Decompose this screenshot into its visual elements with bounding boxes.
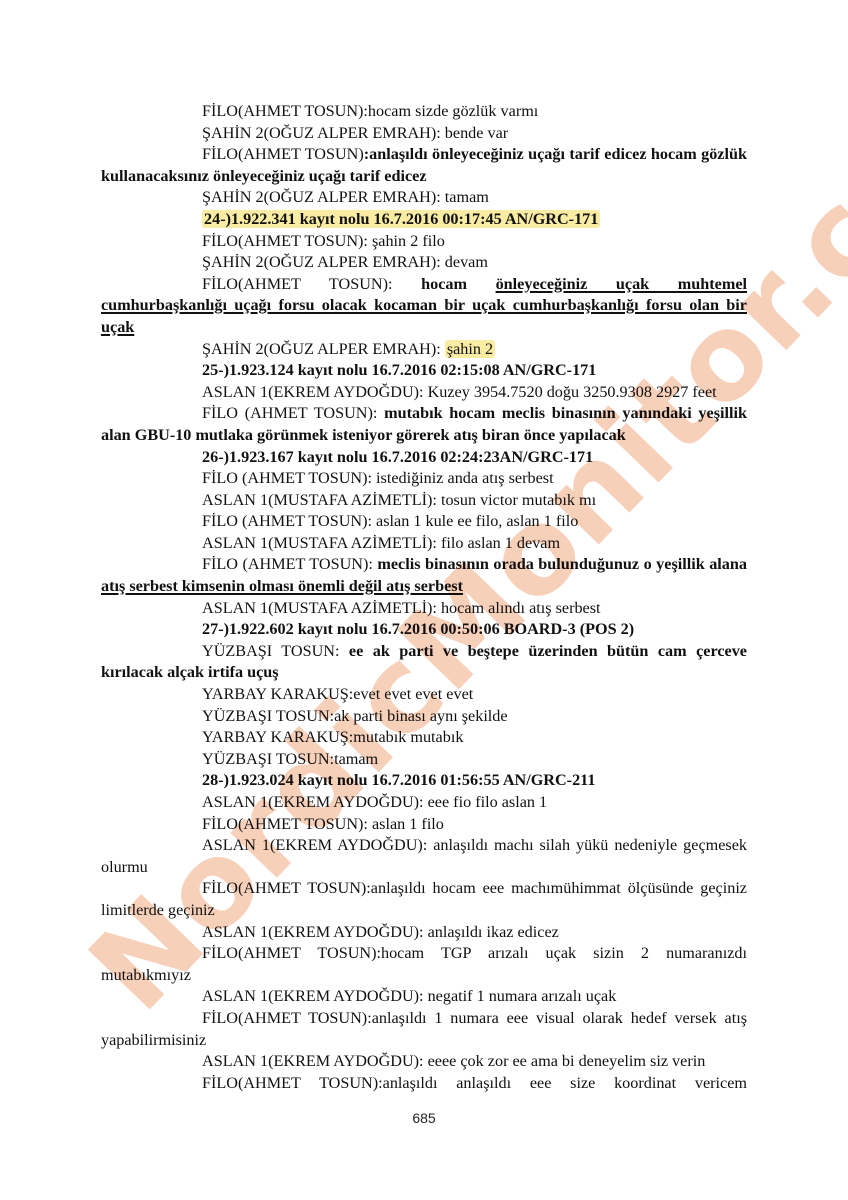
highlighted-text: 24-)1.922.341 kayıt nolu 16.7.2016 00:17… <box>202 210 600 228</box>
text-segment: mutabık hocam meclis binasının yanındaki… <box>101 404 747 444</box>
text-segment: FİLO(AHMET TOSUN):hocam sizde gözlük var… <box>202 102 538 120</box>
text-segment: ASLAN 1(EKREM AYDOĞDU): Kuzey 3954.7520 … <box>202 383 717 401</box>
transcript-line: YÜZBAŞI TOSUN:tamam <box>101 749 747 771</box>
text-segment: ASLAN 1(EKREM AYDOĞDU): eee fio filo asl… <box>202 793 547 811</box>
transcript-line: FİLO(AHMET TOSUN):anlaşıldı hocam eee ma… <box>101 878 747 921</box>
transcript-line: ASLAN 1(EKREM AYDOĞDU): Kuzey 3954.7520 … <box>101 382 747 404</box>
text-segment: FİLO (AHMET TOSUN): istediğiniz anda atı… <box>202 469 554 487</box>
transcript-line: ASLAN 1(EKREM AYDOĞDU): negatif 1 numara… <box>101 986 747 1008</box>
text-segment: YARBAY KARAKUŞ:evet evet evet evet <box>202 685 473 703</box>
transcript-line: ASLAN 1(MUSTAFA AZİMETLİ): hocam alındı … <box>101 598 747 620</box>
text-segment: ASLAN 1(EKREM AYDOĞDU): eeee çok zor ee … <box>202 1052 705 1070</box>
text-segment: FİLO(AHMET TOSUN):anlaşıldı anlaşıldı ee… <box>202 1074 747 1092</box>
text-segment: ASLAN 1(EKREM AYDOĞDU): anlaşıldı machı … <box>101 836 747 876</box>
page-number: 685 <box>0 1110 848 1126</box>
transcript-line: ASLAN 1(EKREM AYDOĞDU): eeee çok zor ee … <box>101 1051 747 1073</box>
transcript-line: YÜZBAŞI TOSUN: ee ak parti ve beştepe üz… <box>101 641 747 684</box>
transcript-line: ŞAHİN 2(OĞUZ ALPER EMRAH): tamam <box>101 187 747 209</box>
transcript-line: ŞAHİN 2(OĞUZ ALPER EMRAH): şahin 2 <box>101 339 747 361</box>
text-segment: 27-)1.922.602 kayıt nolu 16.7.2016 00:50… <box>202 620 634 638</box>
record-heading: 24-)1.922.341 kayıt nolu 16.7.2016 00:17… <box>101 209 747 231</box>
transcript-line: ASLAN 1(EKREM AYDOĞDU): anlaşıldı ikaz e… <box>101 922 747 944</box>
text-segment: hocam <box>421 275 495 293</box>
transcript-line: ŞAHİN 2(OĞUZ ALPER EMRAH): devam <box>101 252 747 274</box>
text-segment: ŞAHİN 2(OĞUZ ALPER EMRAH): devam <box>202 253 488 271</box>
record-heading: 28-)1.923.024 kayıt nolu 16.7.2016 01:56… <box>101 770 747 792</box>
text-segment: ASLAN 1(MUSTAFA AZİMETLİ): filo aslan 1 … <box>202 534 560 552</box>
transcript-line: ASLAN 1(EKREM AYDOĞDU): eee fio filo asl… <box>101 792 747 814</box>
transcript-line: FİLO (AHMET TOSUN): mutabık hocam meclis… <box>101 403 747 446</box>
transcript-line: FİLO(AHMET TOSUN):anlaşıldı anlaşıldı ee… <box>101 1073 747 1095</box>
record-heading: 26-)1.923.167 kayıt nolu 16.7.2016 02:24… <box>101 447 747 469</box>
text-segment: FİLO(AHMET TOSUN):anlaşıldı hocam eee ma… <box>101 879 747 919</box>
transcript-line: FİLO (AHMET TOSUN): istediğiniz anda atı… <box>101 468 747 490</box>
text-segment: ASLAN 1(MUSTAFA AZİMETLİ): hocam alındı … <box>202 599 601 617</box>
transcript-line: FİLO(AHMET TOSUN):hocam sizde gözlük var… <box>101 101 747 123</box>
text-segment: YÜZBAŞI TOSUN:ak parti binası aynı şekil… <box>202 707 508 725</box>
transcript-line: FİLO (AHMET TOSUN): aslan 1 kule ee filo… <box>101 511 747 533</box>
text-segment: ŞAHİN 2(OĞUZ ALPER EMRAH): tamam <box>202 188 489 206</box>
text-segment: ŞAHİN 2(OĞUZ ALPER EMRAH): <box>202 340 445 358</box>
text-segment: FİLO(AHMET TOSUN):hocam TGP arızalı uçak… <box>101 944 747 984</box>
transcript-body: FİLO(AHMET TOSUN):hocam sizde gözlük var… <box>101 101 747 1094</box>
text-segment: 25-)1.923.124 kayıt nolu 16.7.2016 02:15… <box>202 361 596 379</box>
text-segment: ASLAN 1(MUSTAFA AZİMETLİ): tosun victor … <box>202 491 596 509</box>
underlined-text: atış serbest kimsenin olması önemli deği… <box>101 577 463 595</box>
transcript-line: YÜZBAŞI TOSUN:ak parti binası aynı şekil… <box>101 706 747 728</box>
text-segment: :anlaşıldı önleyeceğiniz uçağı tarif edi… <box>101 145 747 185</box>
transcript-line: FİLO (AHMET TOSUN): meclis binasının ora… <box>101 554 747 597</box>
record-heading: 27-)1.922.602 kayıt nolu 16.7.2016 00:50… <box>101 619 747 641</box>
text-segment: FİLO (AHMET TOSUN): <box>202 555 377 573</box>
text-segment: FİLO(AHMET TOSUN):anlaşıldı 1 numara eee… <box>101 1009 747 1049</box>
record-heading: 25-)1.923.124 kayıt nolu 16.7.2016 02:15… <box>101 360 747 382</box>
text-segment: FİLO(AHMET TOSUN) <box>202 145 364 163</box>
text-segment: ŞAHİN 2(OĞUZ ALPER EMRAH): bende var <box>202 124 508 142</box>
transcript-line: YARBAY KARAKUŞ:mutabık mutabık <box>101 727 747 749</box>
transcript-line: ASLAN 1(EKREM AYDOĞDU): anlaşıldı machı … <box>101 835 747 878</box>
text-segment: YÜZBAŞI TOSUN:tamam <box>202 750 378 768</box>
transcript-line: FİLO(AHMET TOSUN):anlaşıldı 1 numara eee… <box>101 1008 747 1051</box>
highlighted-text: şahin 2 <box>445 340 495 358</box>
text-segment: FİLO (AHMET TOSUN): aslan 1 kule ee filo… <box>202 512 578 530</box>
transcript-line: FİLO(AHMET TOSUN): aslan 1 filo <box>101 814 747 836</box>
text-segment: 26-)1.923.167 kayıt nolu 16.7.2016 02:24… <box>202 448 593 466</box>
transcript-line: FİLO(AHMET TOSUN): şahin 2 filo <box>101 231 747 253</box>
text-segment: 28-)1.923.024 kayıt nolu 16.7.2016 01:56… <box>202 771 595 789</box>
transcript-line: ASLAN 1(MUSTAFA AZİMETLİ): filo aslan 1 … <box>101 533 747 555</box>
text-segment: FİLO (AHMET TOSUN): <box>202 404 384 422</box>
text-segment: FİLO(AHMET TOSUN): <box>202 275 421 293</box>
transcript-line: YARBAY KARAKUŞ:evet evet evet evet <box>101 684 747 706</box>
transcript-line: FİLO(AHMET TOSUN):hocam TGP arızalı uçak… <box>101 943 747 986</box>
text-segment: YÜZBAŞI TOSUN: <box>202 642 349 660</box>
text-segment: YARBAY KARAKUŞ:mutabık mutabık <box>202 728 463 746</box>
text-segment: FİLO(AHMET TOSUN): şahin 2 filo <box>202 232 445 250</box>
text-segment: meclis binasının orada bulunduğunuz o ye… <box>377 555 747 573</box>
text-segment: ee ak parti ve beştepe üzerinden bütün c… <box>101 642 747 682</box>
text-segment: FİLO(AHMET TOSUN): aslan 1 filo <box>202 815 444 833</box>
transcript-line: FİLO(AHMET TOSUN):anlaşıldı önleyeceğini… <box>101 144 747 187</box>
text-segment: ASLAN 1(EKREM AYDOĞDU): negatif 1 numara… <box>202 987 616 1005</box>
transcript-line: ASLAN 1(MUSTAFA AZİMETLİ): tosun victor … <box>101 490 747 512</box>
text-segment: ASLAN 1(EKREM AYDOĞDU): anlaşıldı ikaz e… <box>202 923 559 941</box>
transcript-line: ŞAHİN 2(OĞUZ ALPER EMRAH): bende var <box>101 123 747 145</box>
document-page: FİLO(AHMET TOSUN):hocam sizde gözlük var… <box>0 0 848 1200</box>
transcript-line: FİLO(AHMET TOSUN): hocam önleyeceğiniz u… <box>101 274 747 339</box>
